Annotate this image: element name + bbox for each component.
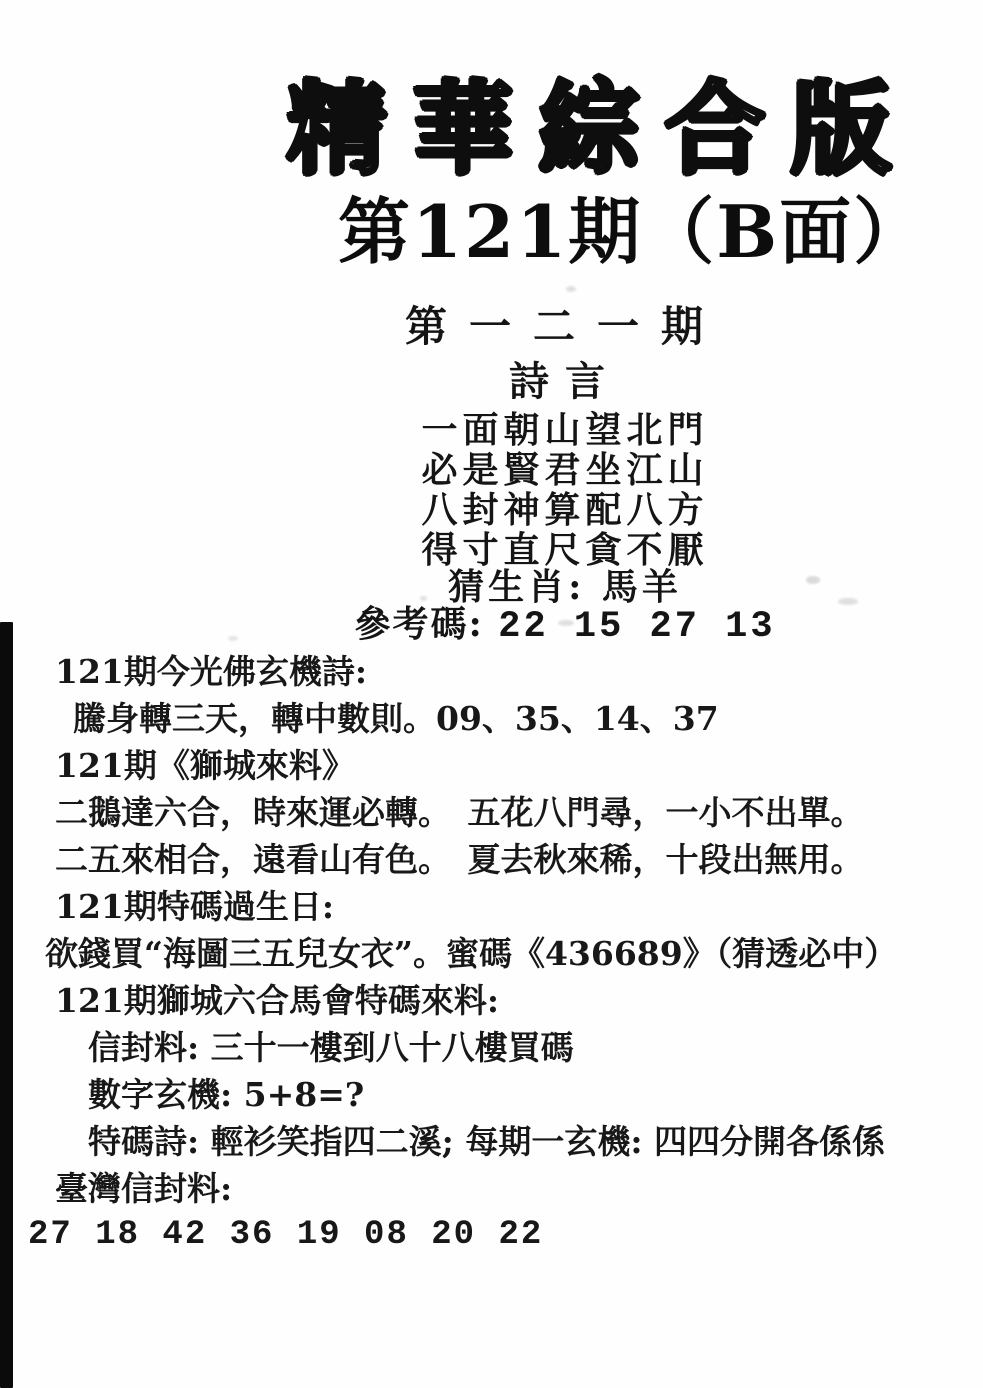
- poem-line: 必是賢君坐江山: [147, 450, 983, 490]
- special-code-poem-line: 特碼詩: 輕衫笑指四二溪; 每期一玄機: 四四分開各係係: [88, 1118, 983, 1165]
- scan-noise: [228, 636, 238, 641]
- lion-city-line: 二五來相合，遠看山有色。 夏去秋來稀，十段出無用。: [55, 836, 983, 883]
- horse-club-heading: 121期獅城六合馬會特碼來料:: [55, 977, 983, 1024]
- scan-noise: [420, 596, 427, 601]
- scan-noise: [838, 598, 858, 605]
- taiwan-envelope-numbers: 27 18 42 36 19 08 20 22: [28, 1212, 983, 1259]
- mystery-poem-heading: 121期今光佛玄機詩:: [55, 648, 983, 695]
- lion-city-line: 二鵝達六合，時來運必轉。 五花八門尋，一小不出單。: [55, 789, 983, 836]
- zodiac-label: 猜生肖:: [448, 566, 585, 608]
- envelope-tip-line: 信封料: 三十一樓到八十八樓買碼: [88, 1024, 983, 1071]
- issue-title: 第一二一期: [147, 302, 983, 352]
- reference-numbers: 22 15 27 13: [498, 606, 775, 648]
- scanned-lottery-sheet: 精華綜合版 第121期（B面） 第一二一期 詩言 一面朝山望北門 必是賢君坐江山…: [0, 0, 983, 1388]
- mystery-poem-line: 騰身轉三天，轉中數則。09、35、14、37: [73, 695, 983, 742]
- masthead-title: 精華綜合版: [287, 72, 917, 187]
- special-code-birthday-heading: 121期特碼過生日:: [55, 883, 983, 930]
- poem-heading: 詩言: [147, 360, 983, 404]
- taiwan-envelope-heading: 臺灣信封料:: [55, 1165, 983, 1212]
- lion-city-heading: 121期《獅城來料》: [55, 742, 983, 789]
- poem-line: 一面朝山望北門: [147, 410, 983, 450]
- scan-noise: [806, 576, 820, 584]
- zodiac-value: 馬羊: [602, 566, 682, 608]
- scan-noise: [558, 620, 574, 626]
- scan-noise: [566, 286, 576, 292]
- poem-line: 八封神算配八方: [147, 490, 983, 530]
- poem-header-block: 第一二一期 詩言 一面朝山望北門 必是賢君坐江山 八封神算配八方 得寸直尺貪不厭…: [147, 302, 983, 646]
- issue-number-line: 第121期（B面）: [338, 192, 927, 271]
- reference-label: 參考碼:: [354, 603, 483, 645]
- poem-line: 得寸直尺貪不厭: [147, 530, 983, 570]
- tips-body-block: 121期今光佛玄機詩: 騰身轉三天，轉中數則。09、35、14、37 121期《…: [0, 648, 983, 1259]
- special-code-birthday-line: 欲錢買“海圖三五兒女衣”。蜜碼《436689》（猜透必中）: [45, 930, 983, 977]
- poem-lines: 一面朝山望北門 必是賢君坐江山 八封神算配八方 得寸直尺貪不厭: [147, 410, 983, 570]
- number-mystery-line: 數字玄機: 5+8=?: [88, 1071, 983, 1118]
